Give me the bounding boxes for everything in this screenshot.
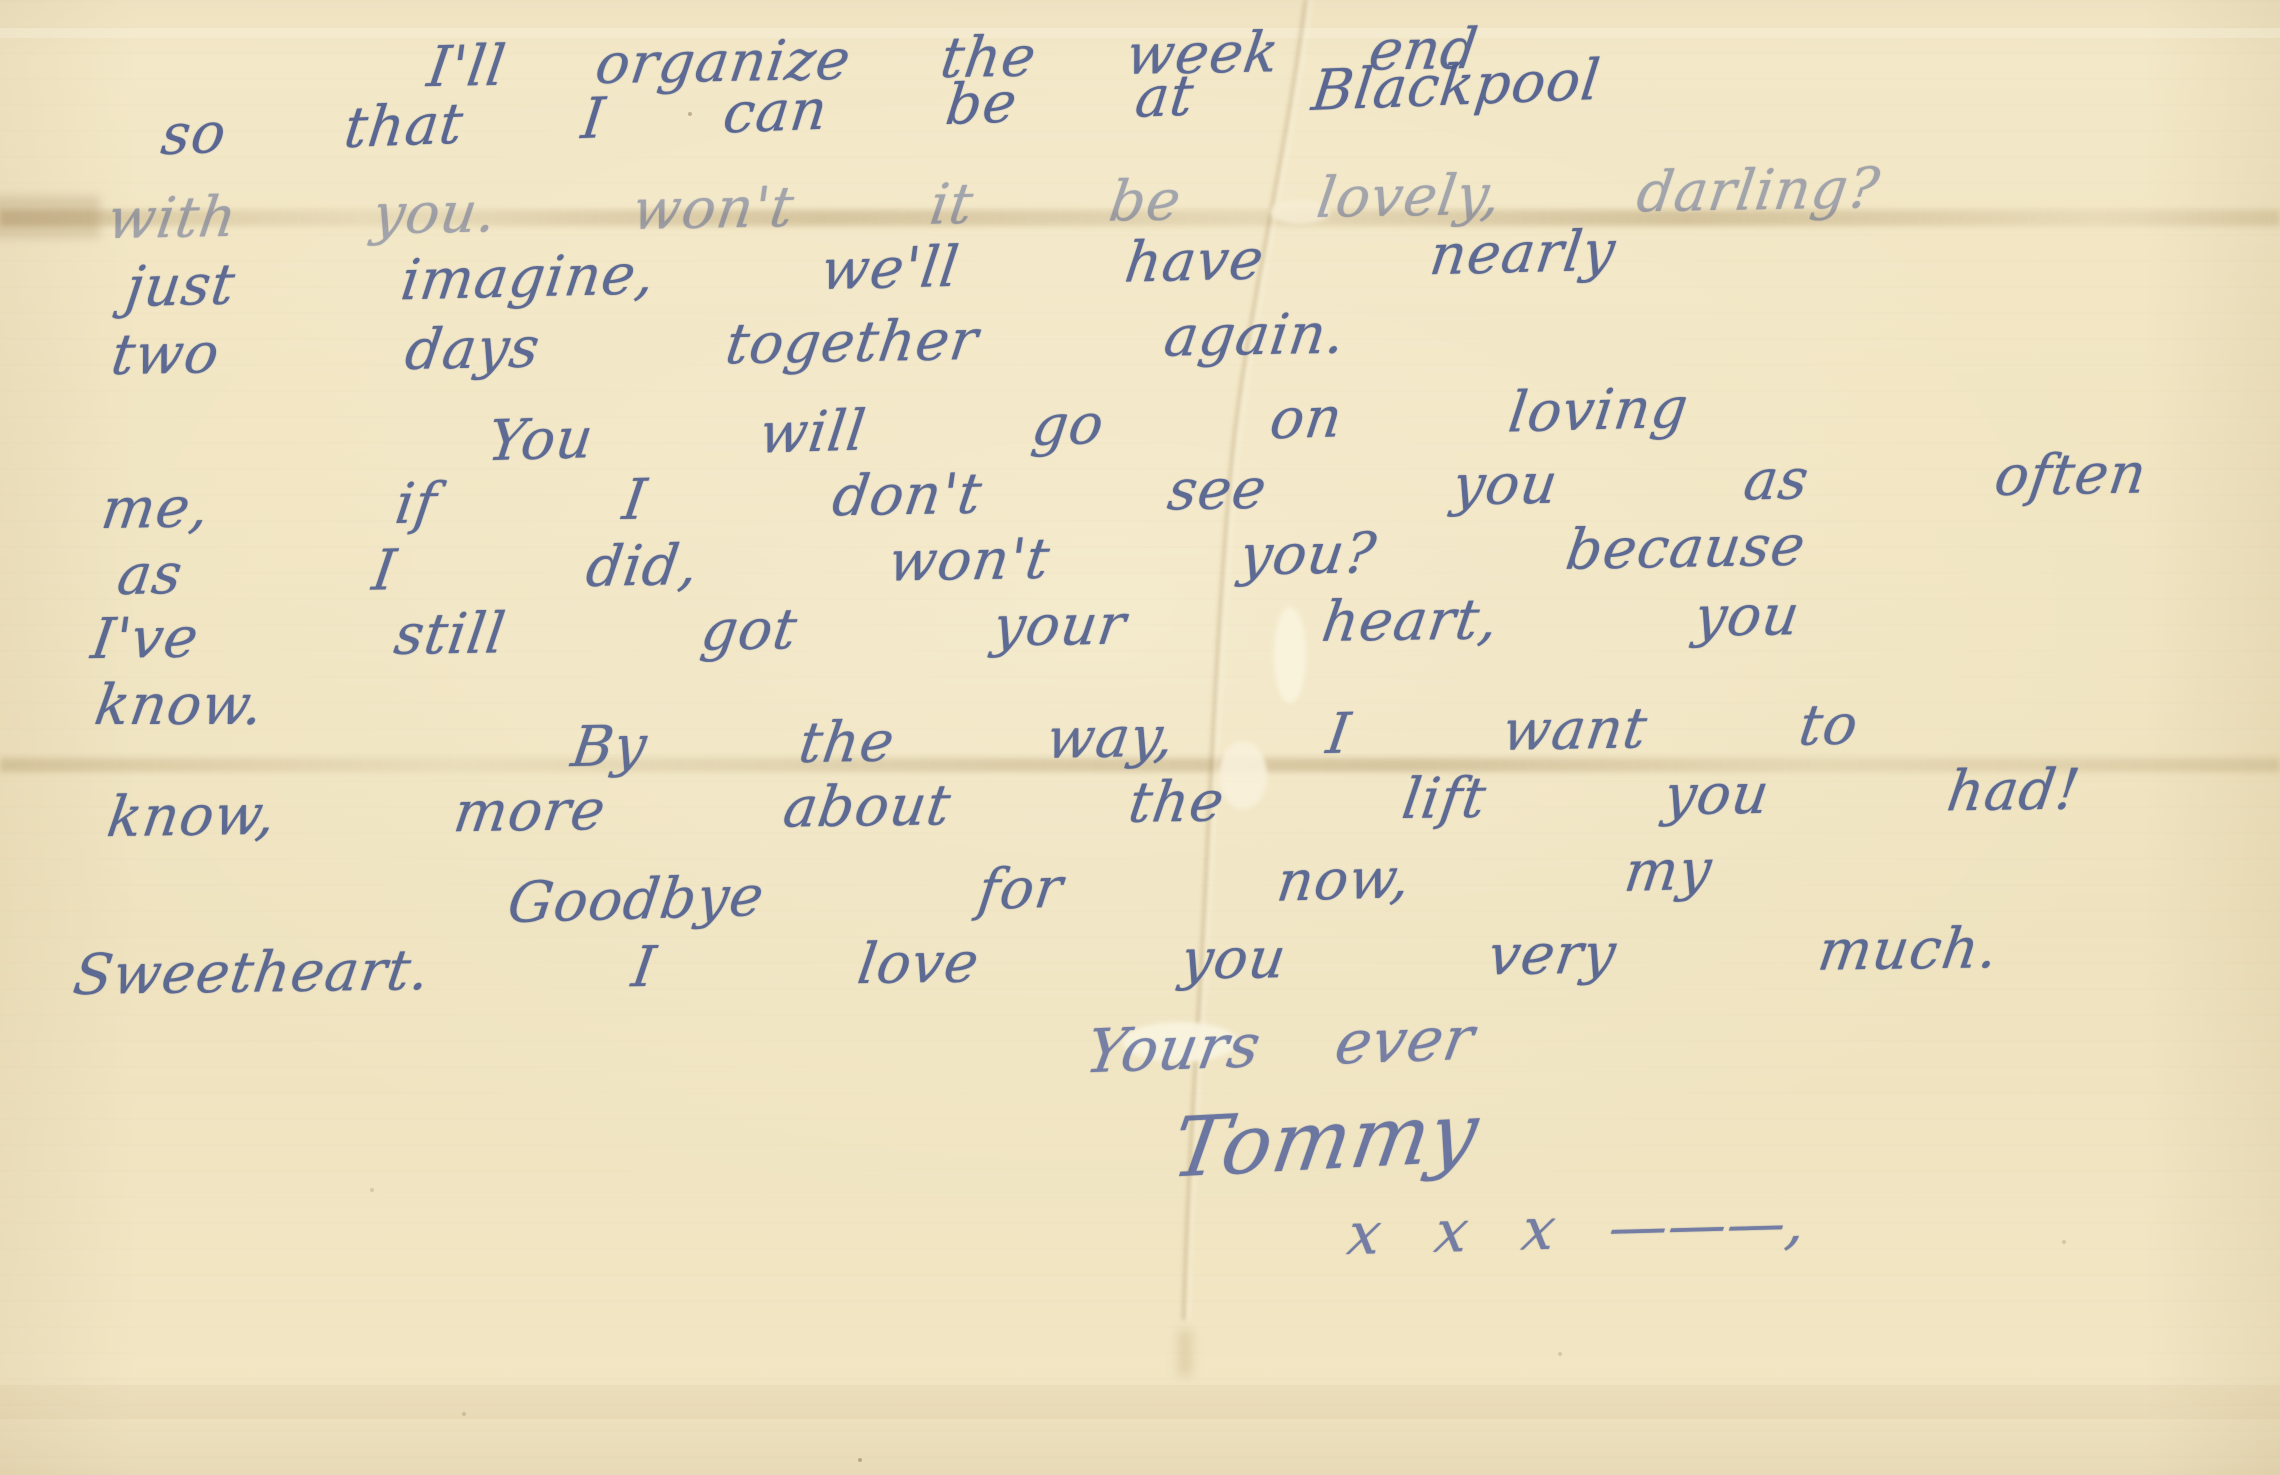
handwriting-line: I'll organize the week end [424, 22, 1482, 96]
paper-shading [0, 0, 2280, 1475]
handwriting-line: with you. won't it be lovely, darling? [104, 161, 1883, 248]
handwriting-line: know, more about the lift you had! [104, 762, 2084, 846]
handwriting-line: as I did, won't you? because [114, 519, 1809, 605]
horizontal-fold-crease-lower [0, 758, 2280, 772]
vertical-fold-crease [0, 0, 2280, 1475]
letter-paper: I'll organize the week end so that I can… [0, 0, 2280, 1475]
paper-speck [462, 1412, 466, 1416]
handwriting-line: Sweetheart. I love you very much. [70, 921, 2002, 1004]
kisses-line: x x x ———, [1344, 1193, 1809, 1263]
handwriting-line: two days together again. [108, 306, 1349, 384]
paper-speck [858, 1458, 862, 1462]
paper-abrasion [1219, 741, 1267, 809]
paper-abrasion [1122, 1022, 1238, 1062]
signature: Tommy [1167, 1092, 1484, 1191]
handwriting-line: know. [91, 678, 268, 734]
handwriting-line: You will go on loving [485, 380, 1692, 470]
paper-smudge [1178, 1330, 1192, 1376]
handwriting-line: me, if I don't see you as often [98, 446, 2150, 538]
handwriting-line: By the way, I want to [568, 698, 1862, 777]
handwriting-line: so that I can be at Blackpool [158, 53, 1603, 165]
horizontal-fold-crease-upper [0, 210, 2280, 226]
paper-abrasion [1274, 607, 1306, 703]
paper-speck [370, 1188, 374, 1192]
paper-speck [688, 112, 692, 116]
scan-band [0, 28, 2280, 38]
closing-line: Yours ever [1081, 1008, 1479, 1082]
handwriting-line: just imagine, we'll have nearly [123, 224, 1620, 317]
paper-speck [2062, 1240, 2066, 1244]
scan-bands [0, 0, 2280, 1475]
paper-abrasion [1270, 200, 1330, 224]
handwriting-line: I've still got your heart, you [88, 588, 1804, 668]
scan-band [0, 1385, 2280, 1419]
paper-speck [1558, 1352, 1562, 1356]
paper-smudge [0, 196, 100, 238]
handwriting-line: Goodbye for now, my [505, 842, 1716, 932]
